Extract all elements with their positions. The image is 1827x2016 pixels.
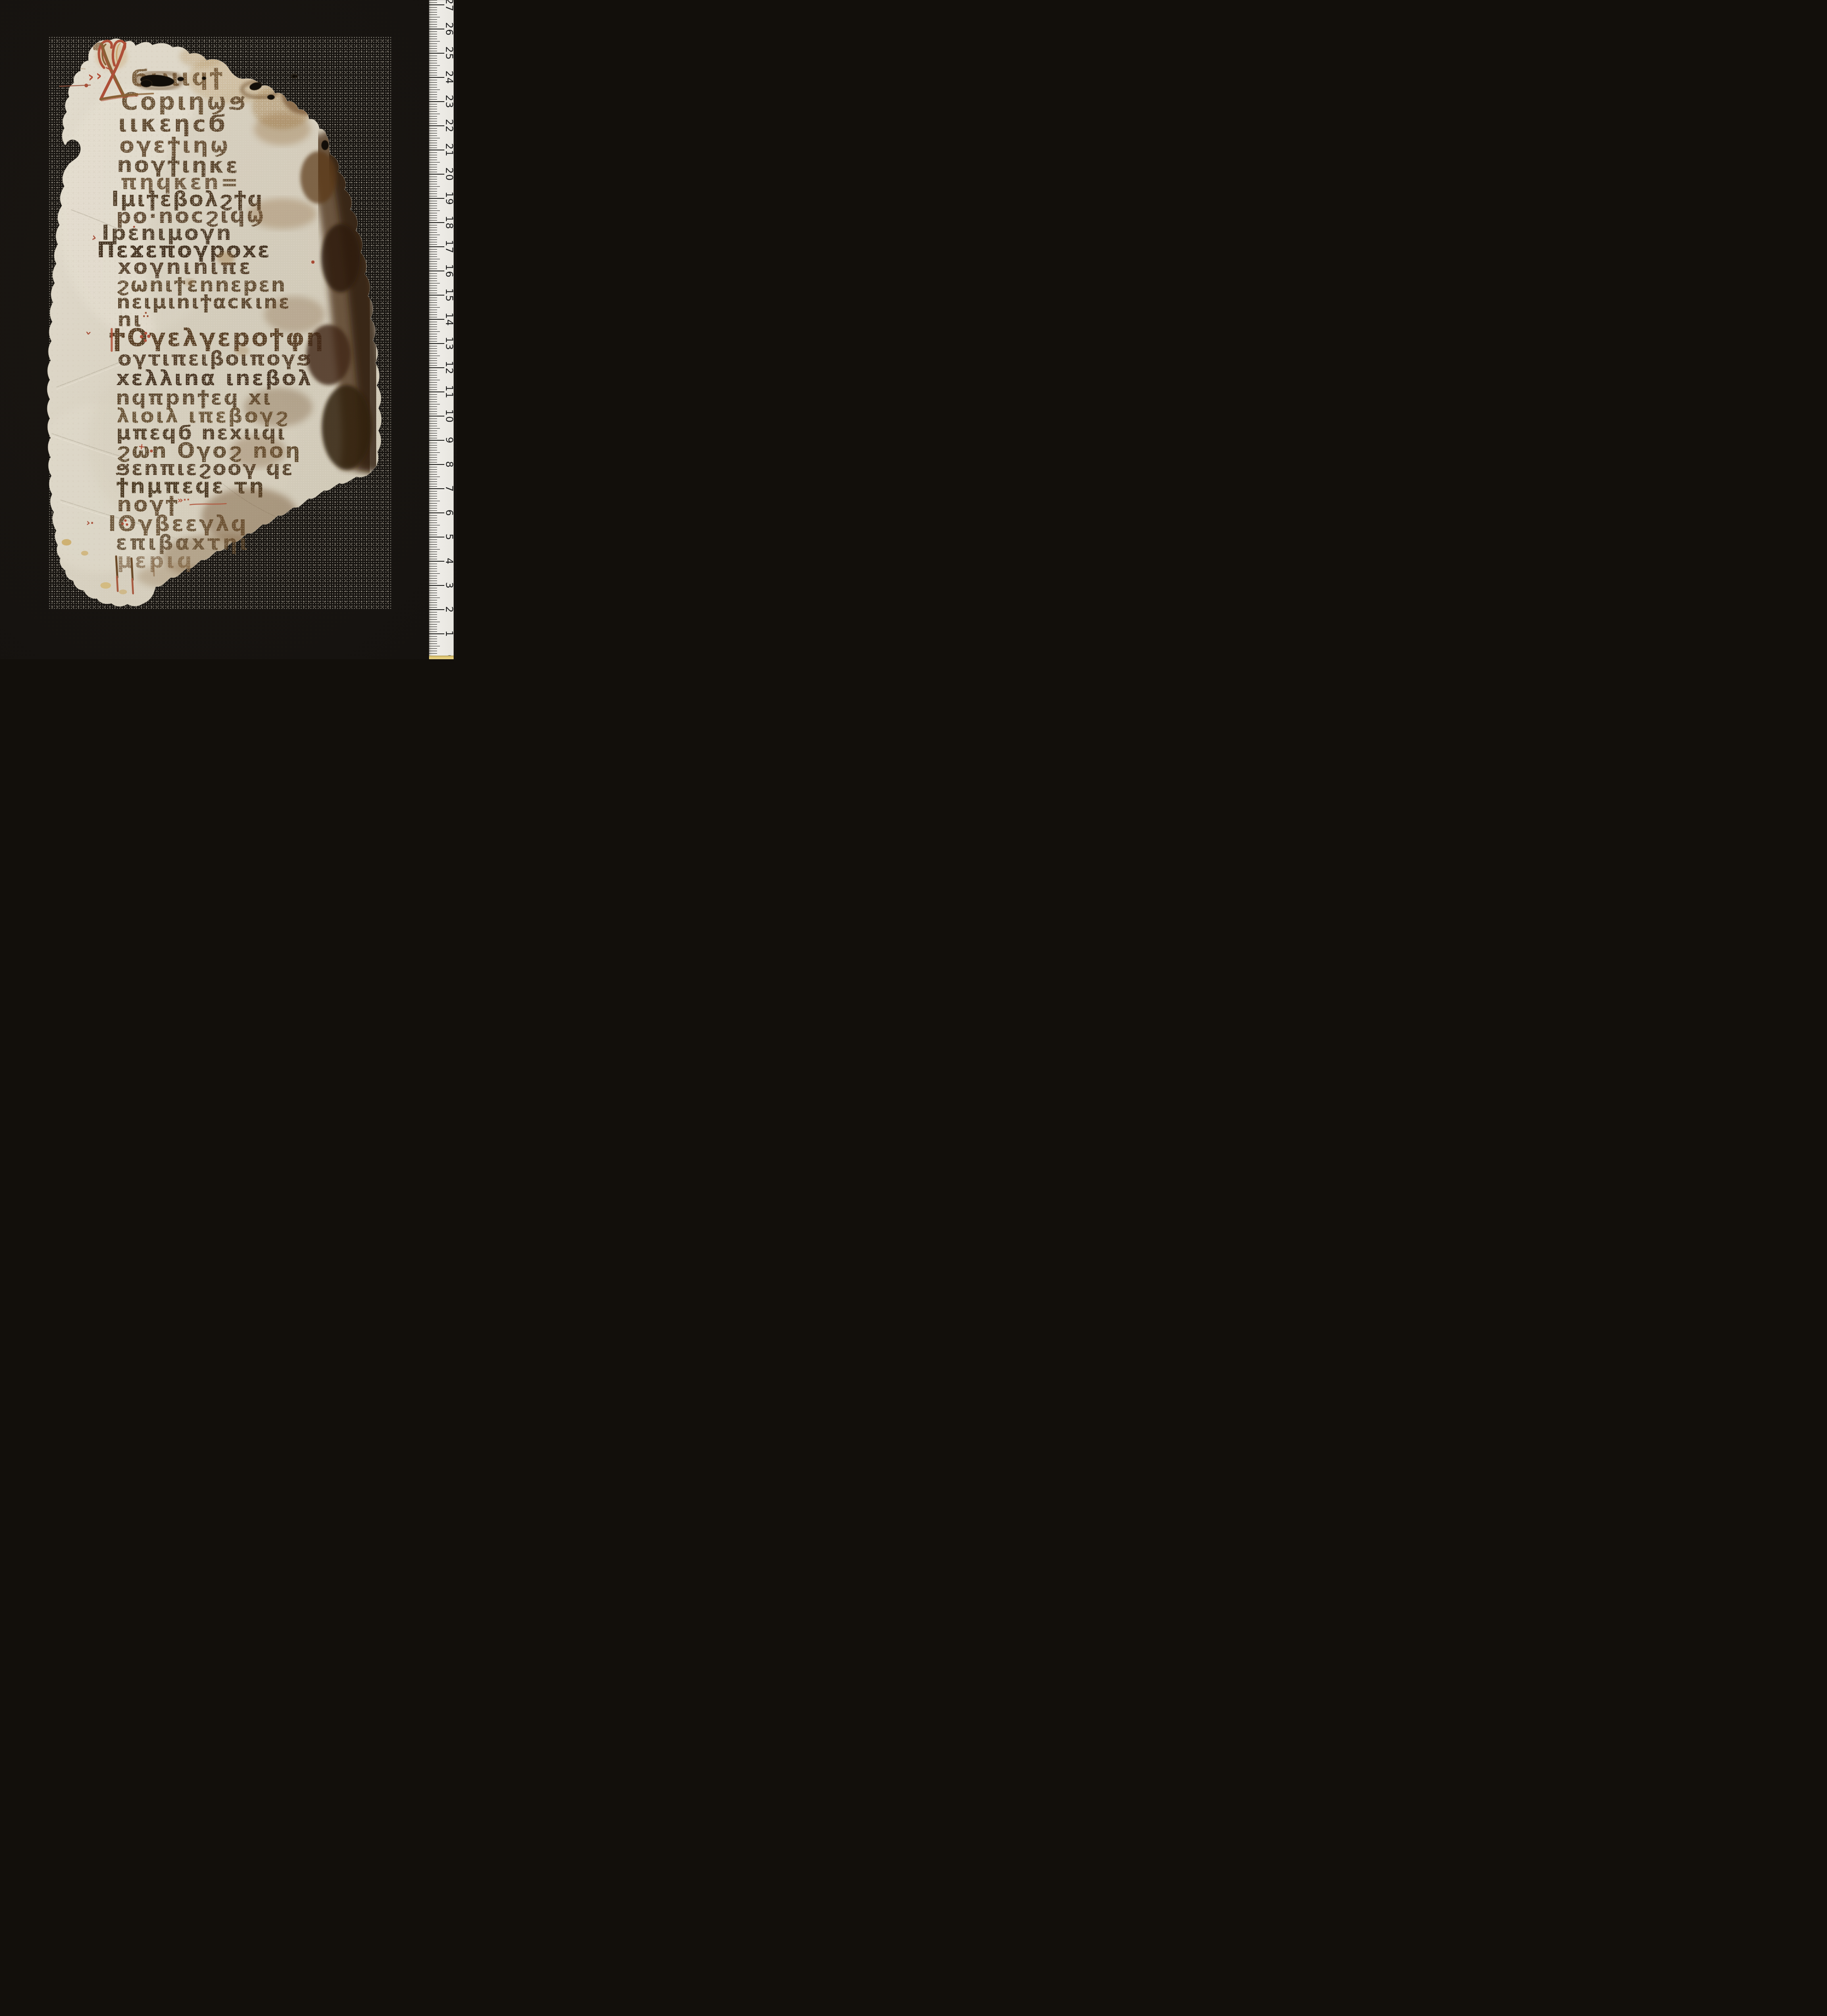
ruler-number: 7 bbox=[444, 482, 454, 496]
stain bbox=[179, 45, 224, 68]
parchment-layer bbox=[0, 0, 457, 659]
ruler-number: 21 bbox=[444, 143, 454, 157]
ruler-number: 14 bbox=[444, 312, 454, 326]
ruler-edge-strip bbox=[429, 656, 454, 659]
ruler-number: 9 bbox=[444, 433, 454, 447]
ruler-number: 19 bbox=[444, 192, 454, 205]
ruler-number: 5 bbox=[444, 530, 454, 544]
ruler-number: 15 bbox=[444, 288, 454, 302]
ruler-number: 23 bbox=[444, 95, 454, 108]
ruler-number: 18 bbox=[444, 216, 454, 229]
stain bbox=[252, 85, 312, 129]
ruler-number: 1 bbox=[444, 627, 454, 641]
ruler-number: 16 bbox=[444, 264, 454, 278]
ruler-number: 27 bbox=[444, 0, 454, 12]
ruler-number: 12 bbox=[444, 361, 454, 375]
photograph-of-manuscript-fragment: ϬωιιϥϯCopιηϣϧιικεηcϬογεϯιηϣnογϯιηκεπηϥκε… bbox=[0, 0, 457, 659]
ruler-number: 25 bbox=[444, 46, 454, 60]
ruler-number: 10 bbox=[444, 409, 454, 423]
ruler-number: 26 bbox=[444, 22, 454, 36]
ruler-number: 8 bbox=[444, 458, 454, 471]
ruler-number: 17 bbox=[444, 240, 454, 254]
ruler-number: 4 bbox=[444, 554, 454, 568]
ruler-number: 2 bbox=[444, 603, 454, 616]
ruler-number: 22 bbox=[444, 119, 454, 133]
ruler-ticks-cm bbox=[429, 0, 444, 659]
ruler-number: 13 bbox=[444, 337, 454, 350]
ruler-number: 3 bbox=[444, 579, 454, 592]
ruler-number: 6 bbox=[444, 506, 454, 520]
ruler-number: 11 bbox=[444, 385, 454, 399]
ruler: 0123456789101112131415161718192021222324… bbox=[429, 0, 454, 659]
ruler-number: 24 bbox=[444, 71, 454, 84]
ruler-number: 20 bbox=[444, 167, 454, 181]
